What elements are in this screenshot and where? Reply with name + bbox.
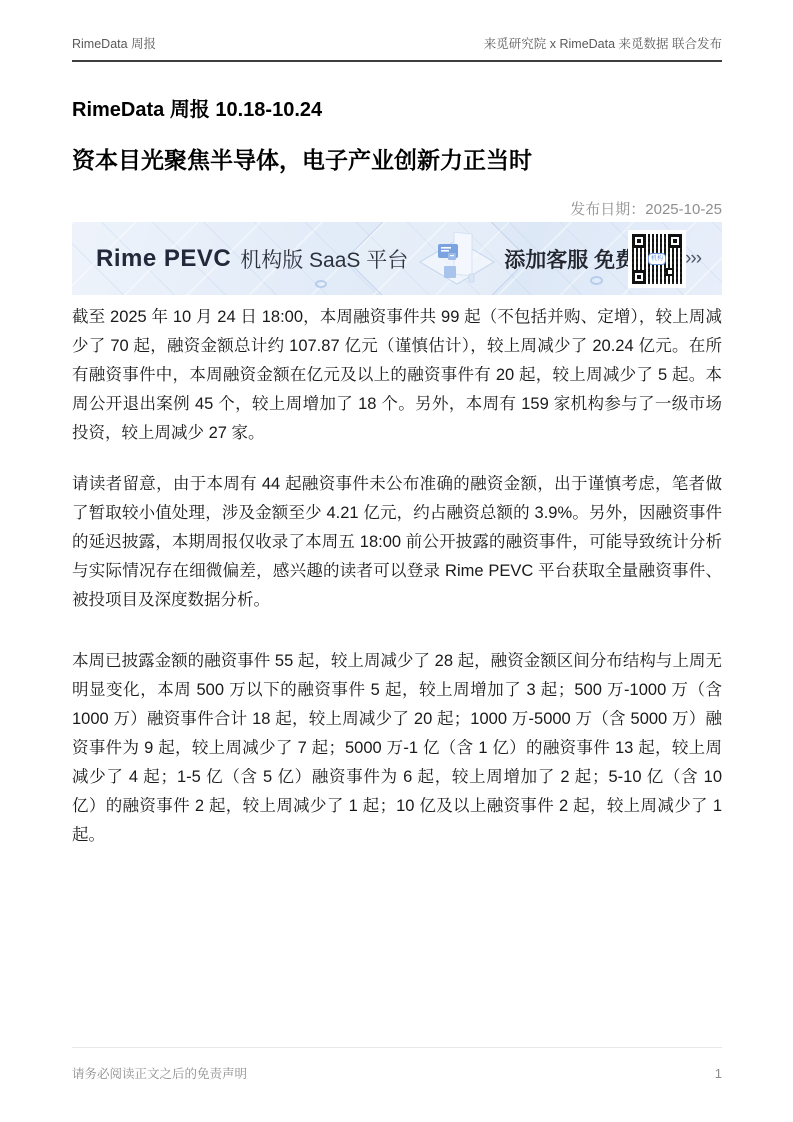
- paragraph-summary: 截至 2025 年 10 月 24 日 18:00，本周融资事件共 99 起（不…: [72, 303, 722, 448]
- page-footer: 请务必阅读正文之后的免责声明 1: [72, 1047, 722, 1082]
- paragraph-distribution: 本周已披露金额的融资事件 55 起，较上周减少了 28 起，融资金额区间分布结构…: [72, 647, 722, 850]
- banner-brand-label: Rime PEVC: [96, 245, 231, 273]
- banner-ring-decoration: [590, 276, 603, 285]
- rime-pevc-ad-banner[interactable]: Rime PEVC 机构版 SaaS 平台 添加客服 免费试用 ›››: [72, 222, 722, 295]
- page-header: RimeData 周报 来觅研究院 x RimeData 来觅数据 联合发布: [72, 34, 722, 62]
- qr-code: 机构: [628, 230, 686, 288]
- qr-finder-icon: [632, 234, 646, 248]
- header-left-label: RimeData 周报: [72, 34, 156, 52]
- header-right-label: 来觅研究院 x RimeData 来觅数据 联合发布: [484, 34, 722, 52]
- publish-date: 发布日期：2025-10-25: [570, 198, 722, 219]
- report-subtitle: 资本目光聚焦半导体，电子产业创新力正当时: [72, 142, 532, 175]
- qr-alignment-icon: [666, 268, 674, 276]
- footer-disclaimer: 请务必阅读正文之后的免责声明: [72, 1064, 247, 1082]
- report-body: 截至 2025 年 10 月 24 日 18:00，本周融资事件共 99 起（不…: [72, 303, 722, 850]
- qr-finder-icon: [632, 270, 646, 284]
- triple-chevron-icon: ›››: [685, 248, 701, 270]
- isometric-platform-illustration: [414, 222, 500, 295]
- paragraph-notice: 请读者留意，由于本周有 44 起融资事件未公布准确的融资金额，出于谨慎考虑，笔者…: [72, 470, 722, 615]
- report-title: RimeData 周报 10.18-10.24: [72, 93, 322, 122]
- banner-product-label: 机构版 SaaS 平台: [240, 244, 408, 274]
- banner-ring-decoration: [315, 280, 327, 288]
- report-page: RimeData 周报 来觅研究院 x RimeData 来觅数据 联合发布 R…: [0, 0, 793, 1122]
- qr-finder-icon: [668, 234, 682, 248]
- qr-center-logo: 机构: [648, 253, 666, 265]
- page-number: 1: [715, 1066, 722, 1081]
